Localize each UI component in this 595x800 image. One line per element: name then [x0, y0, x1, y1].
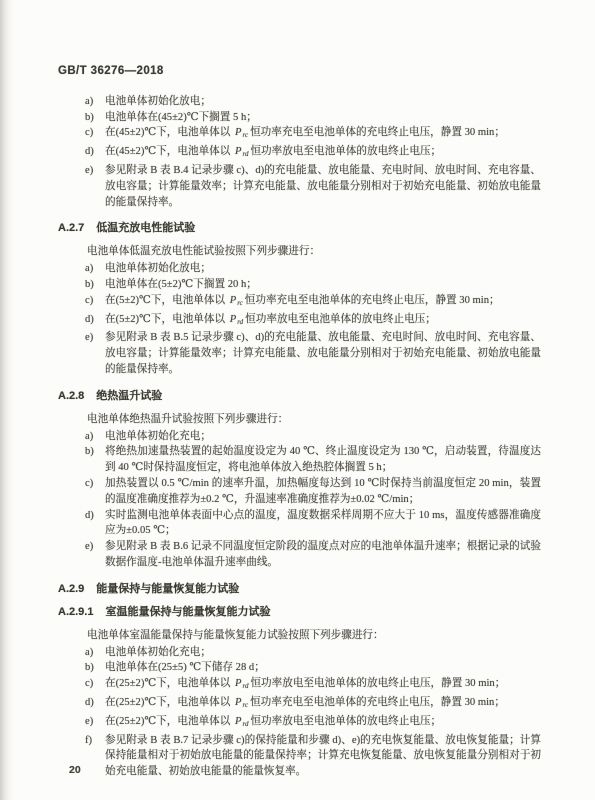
scan-edge-shadow	[0, 0, 14, 800]
list-item: b)电池单体在(45±2)℃下搁置 5 h；	[58, 110, 541, 126]
list-item-text: 将绝热加速量热装置的起始温度设定为 40 ℃、终止温度设定为 130 ℃，启动装…	[105, 446, 541, 473]
list-item: b)电池单体在(25±5) ℃下储存 28 d；	[58, 660, 541, 676]
list-item: a)电池单体初始化放电；	[58, 94, 541, 110]
section-heading-a2-9-1: A.2.9.1室温能量保持与能量恢复能力试验	[58, 605, 540, 619]
list-item-label: a)	[85, 94, 93, 110]
page-number: 20	[69, 764, 81, 776]
list-item-label: b)	[85, 660, 94, 676]
section-number: A.2.7	[58, 222, 84, 234]
standard-number-header: GB/T 36276—2018	[58, 64, 540, 80]
list-item-text: 电池单体初始化充电；	[105, 431, 211, 442]
list-item: d)在(25±2)℃下，电池单体以 Prc恒功率充电至电池单体的充电终止电压，静…	[58, 695, 541, 714]
list-item-text: 电池单体初始化充电；	[105, 647, 211, 658]
list-item: d)在(45±2)℃下，电池单体以 Prd恒功率放电至电池单体的放电终止电压；	[58, 144, 541, 163]
list-item-label: b)	[85, 444, 94, 460]
list-item-label: d)	[85, 508, 94, 524]
list-item: d)在(5±2)℃下，电池单体以 Prd恒功率放电至电池单体的放电终止电压；	[58, 312, 541, 331]
section-title: 室温能量保持与能量恢复能力试验	[105, 606, 270, 618]
list-item-label: d)	[85, 695, 94, 711]
list-item-label: a)	[85, 645, 93, 661]
document-page: GB/T 36276—2018 a)电池单体初始化放电； b)电池单体在(45±…	[0, 0, 595, 800]
list-item-text: 参见附录 B 表 B.7 记录步骤 c)的保持能量和步骤 d)、e)的充电恢复能…	[105, 735, 541, 778]
section-intro-a2-7: 电池单体低温充放电性能试验按照下列步骤进行：	[58, 244, 540, 260]
list-item: e)在(25±2)℃下，电池单体以 Prd恒功率放电至电池单体的放电终止电压；	[58, 714, 541, 733]
section-number: A.2.9.1	[58, 606, 93, 618]
list-item: c)在(25±2)℃下，电池单体以 Prd恒功率放电至电池单体的放电终止电压，静…	[58, 676, 541, 695]
list-item-label: b)	[85, 277, 94, 293]
list-item: e)参见附录 B 表 B.6 记录不同温度恒定阶段的温度点对应的电池单体温升速率…	[58, 539, 541, 571]
section-heading-a2-8: A.2.8绝热温升试验	[58, 389, 540, 403]
list-item-text: 在(5±2)℃下，电池单体以 Prd恒功率放电至电池单体的放电终止电压；	[105, 314, 436, 325]
section-number: A.2.8	[58, 390, 84, 402]
list-item-text: 电池单体初始化放电；	[105, 263, 211, 274]
list-item-text: 在(25±2)℃下，电池单体以 Prd恒功率放电至电池单体的放电终止电压；	[105, 716, 441, 727]
list-item-label: c)	[85, 125, 93, 141]
section-title: 低温充放电性能试验	[96, 222, 195, 234]
list-item-label: e)	[85, 163, 93, 179]
page-content: GB/T 36276—2018 a)电池单体初始化放电； b)电池单体在(45±…	[58, 64, 540, 780]
procedure-list-a28: a)电池单体初始化充电； b)将绝热加速量热装置的起始温度设定为 40 ℃、终止…	[58, 429, 540, 571]
list-item-label: f)	[85, 733, 92, 749]
list-item: f)参见附录 B 表 B.7 记录步骤 c)的保持能量和步骤 d)、e)的充电恢…	[58, 733, 541, 780]
list-item-label: a)	[85, 429, 93, 445]
list-item-label: e)	[85, 330, 93, 346]
list-item-text: 参见附录 B 表 B.4 记录步骤 c)、d)的充电能量、放电能量、充电时间、放…	[105, 165, 541, 208]
section-heading-a2-7: A.2.7低温充放电性能试验	[58, 221, 540, 235]
list-item-text: 参见附录 B 表 B.6 记录不同温度恒定阶段的温度点对应的电池单体温升速率；根…	[105, 541, 541, 568]
list-item: c)在(5±2)℃下，电池单体以 Prc恒功率充电至电池单体的充电终止电压，静置…	[58, 293, 541, 312]
list-item-label: d)	[85, 312, 94, 328]
list-item-text: 电池单体在(5±2)℃下搁置 20 h；	[105, 279, 257, 290]
procedure-list-a291: a)电池单体初始化充电； b)电池单体在(25±5) ℃下储存 28 d； c)…	[58, 645, 540, 780]
section-heading-a2-9: A.2.9能量保持与能量恢复能力试验	[58, 582, 540, 596]
list-item-label: a)	[85, 261, 93, 277]
list-item-text: 电池单体在(45±2)℃下搁置 5 h；	[105, 112, 257, 123]
section-title: 绝热温升试验	[96, 390, 162, 402]
list-item: d)实时监测电池单体表面中心点的温度，温度数据采样周期不应大于 10 ms，温度…	[58, 508, 541, 540]
list-item-text: 实时监测电池单体表面中心点的温度，温度数据采样周期不应大于 10 ms，温度传感…	[105, 510, 541, 537]
list-item-label: b)	[85, 110, 94, 126]
list-item-label: c)	[85, 676, 93, 692]
section-intro-a2-8: 电池单体绝热温升试验按照下列步骤进行：	[58, 412, 540, 428]
list-item: b)将绝热加速量热装置的起始温度设定为 40 ℃、终止温度设定为 130 ℃，启…	[58, 444, 541, 476]
list-item-text: 加热装置以 0.5 ℃/min 的速率升温，加热幅度每达到 10 ℃时保持当前温…	[105, 478, 541, 505]
list-item-text: 在(5±2)℃下，电池单体以 Prc恒功率充电至电池单体的充电终止电压，静置 3…	[105, 295, 500, 306]
list-item: c)在(45±2)℃下，电池单体以 Prc恒功率充电至电池单体的充电终止电压，静…	[58, 125, 541, 144]
section-intro-a2-9-1: 电池单体室温能量保持与能量恢复能力试验按照下列步骤进行：	[58, 628, 540, 644]
list-item: c)加热装置以 0.5 ℃/min 的速率升温，加热幅度每达到 10 ℃时保持当…	[58, 476, 541, 508]
list-item-label: e)	[85, 714, 93, 730]
procedure-list-a26: a)电池单体初始化放电； b)电池单体在(45±2)℃下搁置 5 h； c)在(…	[58, 94, 540, 211]
list-item: a)电池单体初始化充电；	[58, 429, 541, 445]
list-item-label: e)	[85, 539, 93, 555]
list-item-label: c)	[85, 476, 93, 492]
list-item-text: 参见附录 B 表 B.5 记录步骤 c)、d)的充电能量、放电能量、充电时间、放…	[105, 332, 541, 375]
list-item: a)电池单体初始化放电；	[58, 261, 541, 277]
list-item-label: c)	[85, 293, 93, 309]
list-item: e)参见附录 B 表 B.4 记录步骤 c)、d)的充电能量、放电能量、充电时间…	[58, 163, 541, 210]
list-item: e)参见附录 B 表 B.5 记录步骤 c)、d)的充电能量、放电能量、充电时间…	[58, 330, 541, 377]
list-item: b)电池单体在(5±2)℃下搁置 20 h；	[58, 277, 541, 293]
list-item-text: 在(45±2)℃下，电池单体以 Prc恒功率充电至电池单体的充电终止电压，静置 …	[105, 127, 505, 138]
list-item-text: 在(25±2)℃下，电池单体以 Prc恒功率充电至电池单体的充电终止电压，静置 …	[105, 697, 505, 708]
list-item-text: 在(25±2)℃下，电池单体以 Prd恒功率放电至电池单体的放电终止电压，静置 …	[105, 678, 505, 689]
list-item-text: 电池单体在(25±5) ℃下储存 28 d；	[105, 662, 265, 673]
section-title: 能量保持与能量恢复能力试验	[96, 583, 239, 595]
list-item: a)电池单体初始化充电；	[58, 645, 541, 661]
procedure-list-a27: a)电池单体初始化放电； b)电池单体在(5±2)℃下搁置 20 h； c)在(…	[58, 261, 540, 378]
list-item-text: 电池单体初始化放电；	[105, 96, 211, 107]
list-item-text: 在(45±2)℃下，电池单体以 Prd恒功率放电至电池单体的放电终止电压；	[105, 146, 441, 157]
list-item-label: d)	[85, 144, 94, 160]
section-number: A.2.9	[58, 583, 84, 595]
